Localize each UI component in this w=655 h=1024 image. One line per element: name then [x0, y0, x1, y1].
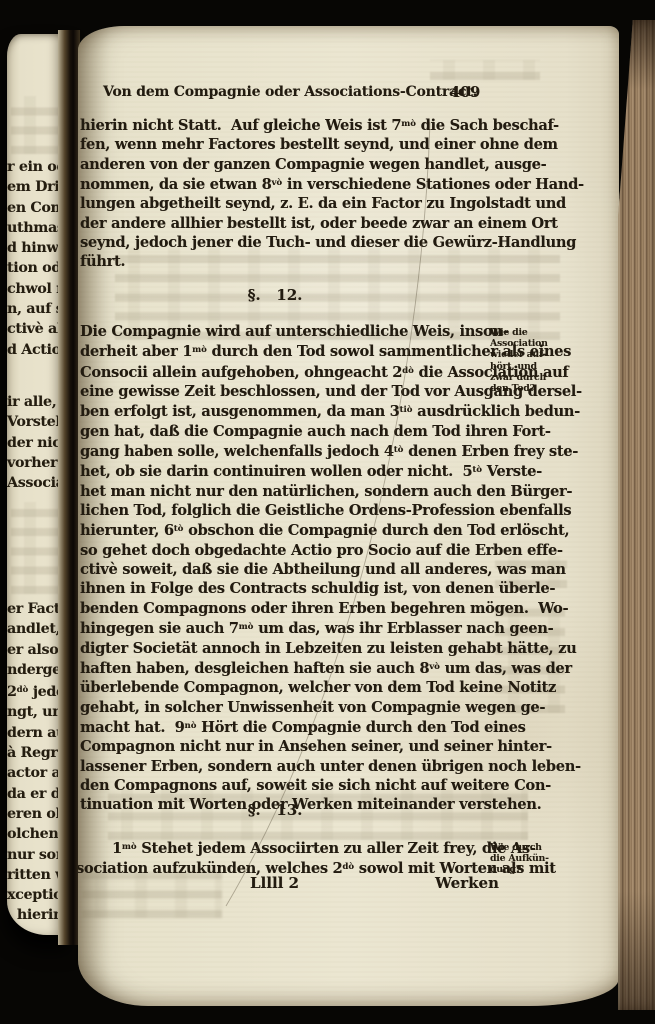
text-line: ctivè soweit, daß sie die Abtheilung und… — [80, 560, 516, 579]
ink-bleedthrough — [430, 60, 540, 80]
text-line: hört, und — [490, 361, 566, 372]
text-line: eren ohne — [7, 804, 63, 824]
text-line: benden Compagnons oder ihren Erben begeh… — [80, 599, 516, 618]
section-13-heading: §. 13. — [80, 801, 470, 819]
ink-bleedthrough — [82, 872, 222, 918]
text-line: gang haben solle, welchenfalls jedoch 4t… — [80, 441, 516, 461]
text-line: hierin nicht Statt. Auf gleiche Weis ist… — [80, 115, 516, 135]
text-line: derheit aber 1mò durch den Tod sowol sam… — [80, 341, 516, 361]
text-line: hierunter, 6tò obschon die Compagnie dur… — [80, 520, 516, 540]
text-line: eine gewisse Zeit beschlossen, und der T… — [80, 382, 516, 401]
text-line: r ein oder — [7, 157, 63, 177]
section-13-paragraph: 1mò Stehet jedem Associirten zu aller Ze… — [78, 838, 518, 879]
left-page-text-fragments: r ein oderem Drit-en Com.uthmassetd hinw… — [7, 157, 63, 360]
text-line: gen hat, daß die Compagnie auch nach dem… — [80, 422, 516, 441]
text-line: d hinwie- — [7, 238, 63, 258]
text-line: em Drit- — [7, 177, 63, 197]
text-line: dern auch — [7, 723, 63, 743]
text-line: den Tod? — [490, 383, 566, 394]
book-fore-edge — [618, 20, 655, 1010]
text-line: 2dò jeder — [7, 680, 63, 702]
text-line: het, ob sie darin continuiren wollen ode… — [80, 461, 516, 481]
text-line: nommen, da sie etwan 8vò in verschiedene… — [80, 174, 516, 194]
text-line: Association — [490, 338, 566, 349]
text-line: ben erfolgt ist, ausgenommen, da man 3ti… — [80, 401, 516, 421]
text-line: den Compagnons auf, soweit sie sich nich… — [80, 776, 516, 795]
text-line: ritten wor- — [7, 865, 63, 885]
text-line: haften haben, desgleichen haften sie auc… — [80, 658, 516, 678]
section-13-margin-note: Wie durchdie Aufkün-dung? — [490, 842, 566, 876]
text-line: vorherge- — [7, 453, 63, 473]
text-line: andlet, so — [7, 619, 63, 639]
text-line: da er die — [7, 784, 63, 804]
text-line: Wie durch — [490, 842, 566, 853]
text-line: der andere allhier bestellt ist, oder be… — [80, 214, 516, 233]
ink-bleedthrough — [11, 502, 63, 594]
text-line: der nicht. — [7, 433, 63, 453]
text-line: chwol mit — [7, 279, 63, 299]
catchword: Werken — [435, 874, 499, 892]
text-line: ngt, und — [7, 702, 63, 722]
ink-bleedthrough — [11, 96, 63, 154]
text-line: olchenfalls — [7, 824, 63, 844]
text-line: hingegen sie auch 7mò um das, was ihr Er… — [80, 618, 516, 638]
text-line: Associa- — [7, 473, 63, 493]
text-line: Consocii allein aufgehoben, ohngeacht 2d… — [80, 362, 516, 382]
text-line: Wie die — [490, 327, 566, 338]
signature-mark: Lllll 2 — [250, 874, 299, 892]
text-line: so gehet doch obgedachte Actio pro Socio… — [80, 541, 516, 560]
text-line: Die Compagnie wird auf unterschiedliche … — [80, 322, 516, 341]
text-line: uthmasset — [7, 218, 63, 238]
text-line: ctivè als — [7, 319, 63, 339]
text-line: d Action — [7, 340, 63, 360]
text-line: lungen abgetheilt seynd, z. E. da ein Fa… — [80, 194, 516, 213]
text-line: macht hat. 9nò Hört die Compagnie durch … — [80, 717, 516, 737]
book-photo: r ein oderem Drit-en Com.uthmassetd hinw… — [0, 0, 655, 1024]
text-line: hierin — [7, 905, 63, 925]
text-line: à Regressu — [7, 743, 63, 763]
left-page-text-fragments: er Factorandlet, soer also ge-ndergestal… — [7, 599, 63, 926]
text-line: ir alle, so — [7, 392, 63, 412]
text-line: en Com. — [7, 198, 63, 218]
text-line: er Factor — [7, 599, 63, 619]
paragraph-continuation: hierin nicht Statt. Auf gleiche Weis ist… — [80, 115, 516, 272]
text-line: lassener Erben, sondern auch unter denen… — [80, 757, 516, 776]
section-12-paragraph: Die Compagnie wird auf unterschiedliche … — [80, 322, 516, 815]
book-page: Von dem Compagnie oder Associations-Cont… — [78, 26, 619, 1006]
text-line: er also ge- — [7, 640, 63, 660]
text-line: tion oder — [7, 258, 63, 278]
section-12-margin-note: Wie dieAssociationwieder auf-hört, undzw… — [490, 327, 566, 394]
text-line: dung? — [490, 864, 566, 875]
text-line: xceptionis — [7, 885, 63, 905]
running-header: Von dem Compagnie oder Associations-Cont… — [103, 84, 463, 100]
gutter-shadow — [58, 30, 80, 945]
text-line: digter Societät annoch in Lebzeiten zu l… — [80, 639, 516, 658]
text-line: wieder auf- — [490, 349, 566, 360]
text-line: führt. — [80, 252, 516, 271]
text-line: Compagnon nicht nur in Ansehen seiner, u… — [80, 737, 516, 756]
text-line: actor aus- — [7, 763, 63, 783]
text-line: n, auf sol- — [7, 299, 63, 319]
page-number: 409 — [450, 84, 480, 101]
text-line: lichen Tod, folglich die Geistliche Orde… — [80, 501, 516, 520]
text-line: gehabt, in solcher Unwissenheit von Comp… — [80, 698, 516, 717]
text-line: anderen von der ganzen Compagnie wegen h… — [80, 155, 516, 174]
text-line: fen, wenn mehr Factores bestellt seynd, … — [80, 135, 516, 154]
text-line: die Aufkün- — [490, 853, 566, 864]
text-line: ndergestalt — [7, 660, 63, 680]
text-line: Vorsteher — [7, 412, 63, 432]
text-line: überlebende Compagnon, welcher von dem T… — [80, 678, 516, 697]
text-line: het man nicht nur den natürlichen, sonde… — [80, 482, 516, 501]
left-page-text-fragments: ir alle, soVorsteherder nicht.vorherge-A… — [7, 392, 63, 493]
text-line: nur sonst — [7, 845, 63, 865]
text-line: 1mò Stehet jedem Associirten zu aller Ze… — [78, 838, 518, 858]
text-line: ihnen in Folge des Contracts schuldig is… — [80, 579, 516, 598]
text-line: zwar durch — [490, 372, 566, 383]
section-12-heading: §. 12. — [80, 286, 470, 304]
text-line: seynd, jedoch jener die Tuch- und dieser… — [80, 233, 516, 252]
